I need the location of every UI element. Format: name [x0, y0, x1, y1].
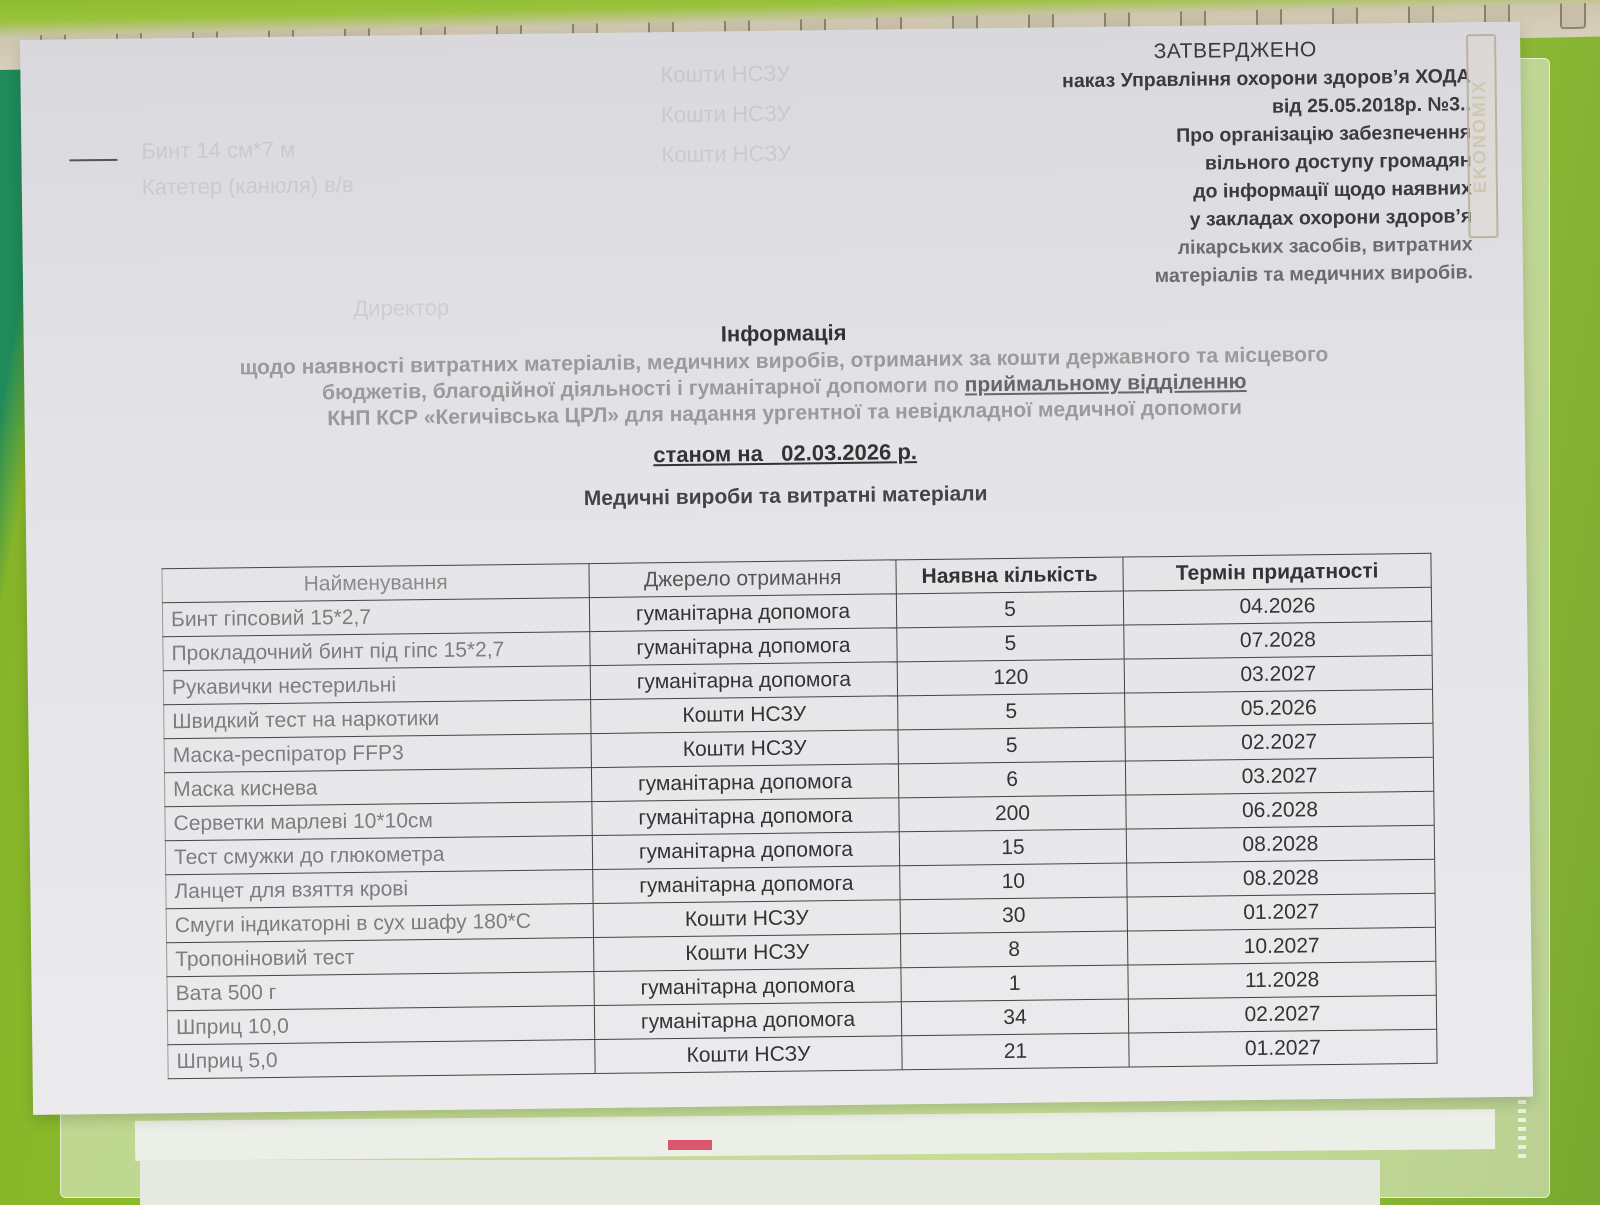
- item-source: гуманітарна допомога: [592, 832, 899, 870]
- item-name: Швидкий тест на наркотики: [164, 700, 591, 739]
- item-source: гуманітарна допомога: [593, 866, 900, 904]
- item-expiry: 02.2027: [1125, 723, 1433, 761]
- item-expiry: 03.2027: [1124, 655, 1432, 693]
- item-source: гуманітарна допомога: [594, 1002, 901, 1040]
- item-name: Рукавички нестерильні: [163, 666, 590, 705]
- item-expiry: 07.2028: [1124, 621, 1432, 659]
- item-name: Шприц 10,0: [167, 1006, 594, 1045]
- item-expiry: 01.2027: [1129, 1029, 1437, 1067]
- item-source: гуманітарна допомога: [591, 764, 898, 802]
- item-source: Кошти НСЗУ: [594, 934, 901, 972]
- item-quantity: 200: [899, 795, 1126, 832]
- item-name: Вата 500 г: [167, 972, 594, 1011]
- item-expiry: 10.2027: [1127, 927, 1435, 965]
- item-source: Кошти НСЗУ: [595, 1036, 902, 1074]
- item-quantity: 5: [897, 625, 1124, 662]
- item-quantity: 120: [897, 659, 1124, 696]
- item-name: Маска-респіратор FFP3: [164, 734, 591, 773]
- date-label: станом на: [653, 441, 763, 467]
- item-name: Маска киснева: [164, 768, 591, 807]
- item-name: Серветки марлеві 10*10см: [165, 802, 592, 841]
- item-name: Бинт гіпсовий 15*2,7: [162, 598, 589, 637]
- item-source: гуманітарна допомога: [592, 798, 899, 836]
- margin-dash: [69, 159, 117, 162]
- item-name: Прокладочний бинт під гіпс 15*2,7: [163, 632, 590, 671]
- approval-block: ЗАТВЕРДЖЕНО наказ Управління охорони здо…: [910, 34, 1473, 293]
- item-quantity: 1: [901, 965, 1128, 1002]
- column-header-quantity: Наявна кількість: [896, 557, 1123, 594]
- item-expiry: 02.2027: [1128, 995, 1436, 1033]
- item-quantity: 15: [899, 829, 1126, 866]
- item-name: Тропоніновий тест: [167, 938, 594, 977]
- approval-line: матеріалів та медичних виробів.: [913, 258, 1473, 293]
- item-quantity: 5: [898, 727, 1125, 764]
- show-through-text: Бинт 14 см*7 м: [141, 137, 295, 165]
- item-source: гуманітарна допомога: [590, 662, 897, 700]
- table-subtitle: Медичні вироби та витратні матеріали: [116, 476, 1456, 516]
- item-quantity: 6: [898, 761, 1125, 798]
- item-name: Тест смужки до глюкометра: [165, 836, 592, 875]
- show-through-text: Директор: [353, 295, 449, 322]
- under-sheet-2: [140, 1160, 1380, 1205]
- show-through-text: Катетер (канюля) в/в: [142, 172, 354, 201]
- item-source: Кошти НСЗУ: [591, 730, 898, 768]
- item-expiry: 03.2027: [1125, 757, 1433, 795]
- sleeve-brand-tag: EKONOMIX: [1466, 34, 1498, 238]
- department-name: приймальному відділенню: [965, 370, 1247, 396]
- item-quantity: 8: [900, 931, 1127, 968]
- date-value: 02.03.2026 р.: [781, 439, 917, 466]
- show-through-text: Кошти НСЗУ: [661, 101, 791, 129]
- binder-tooth: [1560, 3, 1586, 30]
- show-through-text: Кошти НСЗУ: [660, 61, 790, 89]
- item-quantity: 21: [902, 1033, 1129, 1070]
- item-expiry: 11.2028: [1128, 961, 1436, 999]
- item-quantity: 10: [900, 863, 1127, 900]
- item-source: гуманітарна допомога: [590, 628, 897, 666]
- item-name: Смуги індикаторні в сух шафу 180*С: [166, 904, 593, 943]
- item-quantity: 5: [896, 591, 1123, 628]
- item-expiry: 05.2026: [1125, 689, 1433, 727]
- item-expiry: 04.2026: [1123, 587, 1431, 625]
- item-source: гуманітарна допомога: [594, 968, 901, 1006]
- as-of-date: станом на 02.03.2026 р.: [115, 432, 1455, 474]
- show-through-text: Кошти НСЗУ: [661, 141, 791, 169]
- item-expiry: 01.2027: [1127, 893, 1435, 931]
- item-expiry: 06.2028: [1126, 791, 1434, 829]
- item-source: гуманітарна допомога: [589, 594, 896, 632]
- item-name: Ланцет для взяття крові: [166, 870, 593, 909]
- red-tab-marker: [668, 1140, 712, 1150]
- info-header: Інформація щодо наявності витратних мате…: [114, 313, 1456, 517]
- item-expiry: 08.2028: [1127, 859, 1435, 897]
- item-quantity: 30: [900, 897, 1127, 934]
- column-header-source: Джерело отримання: [589, 560, 896, 598]
- column-header-expiry: Термін придатності: [1123, 553, 1431, 591]
- column-header-name: Найменування: [162, 564, 589, 603]
- item-quantity: 34: [901, 999, 1128, 1036]
- notice-sheet: Кошти НСЗУ Кошти НСЗУ Кошти НСЗУ Бинт 14…: [20, 22, 1533, 1115]
- item-source: Кошти НСЗУ: [591, 696, 898, 734]
- item-name: Шприц 5,0: [168, 1040, 595, 1079]
- items-table: Найменування Джерело отримання Наявна кі…: [161, 553, 1437, 1079]
- item-expiry: 08.2028: [1126, 825, 1434, 863]
- item-quantity: 5: [898, 693, 1125, 730]
- item-source: Кошти НСЗУ: [593, 900, 900, 938]
